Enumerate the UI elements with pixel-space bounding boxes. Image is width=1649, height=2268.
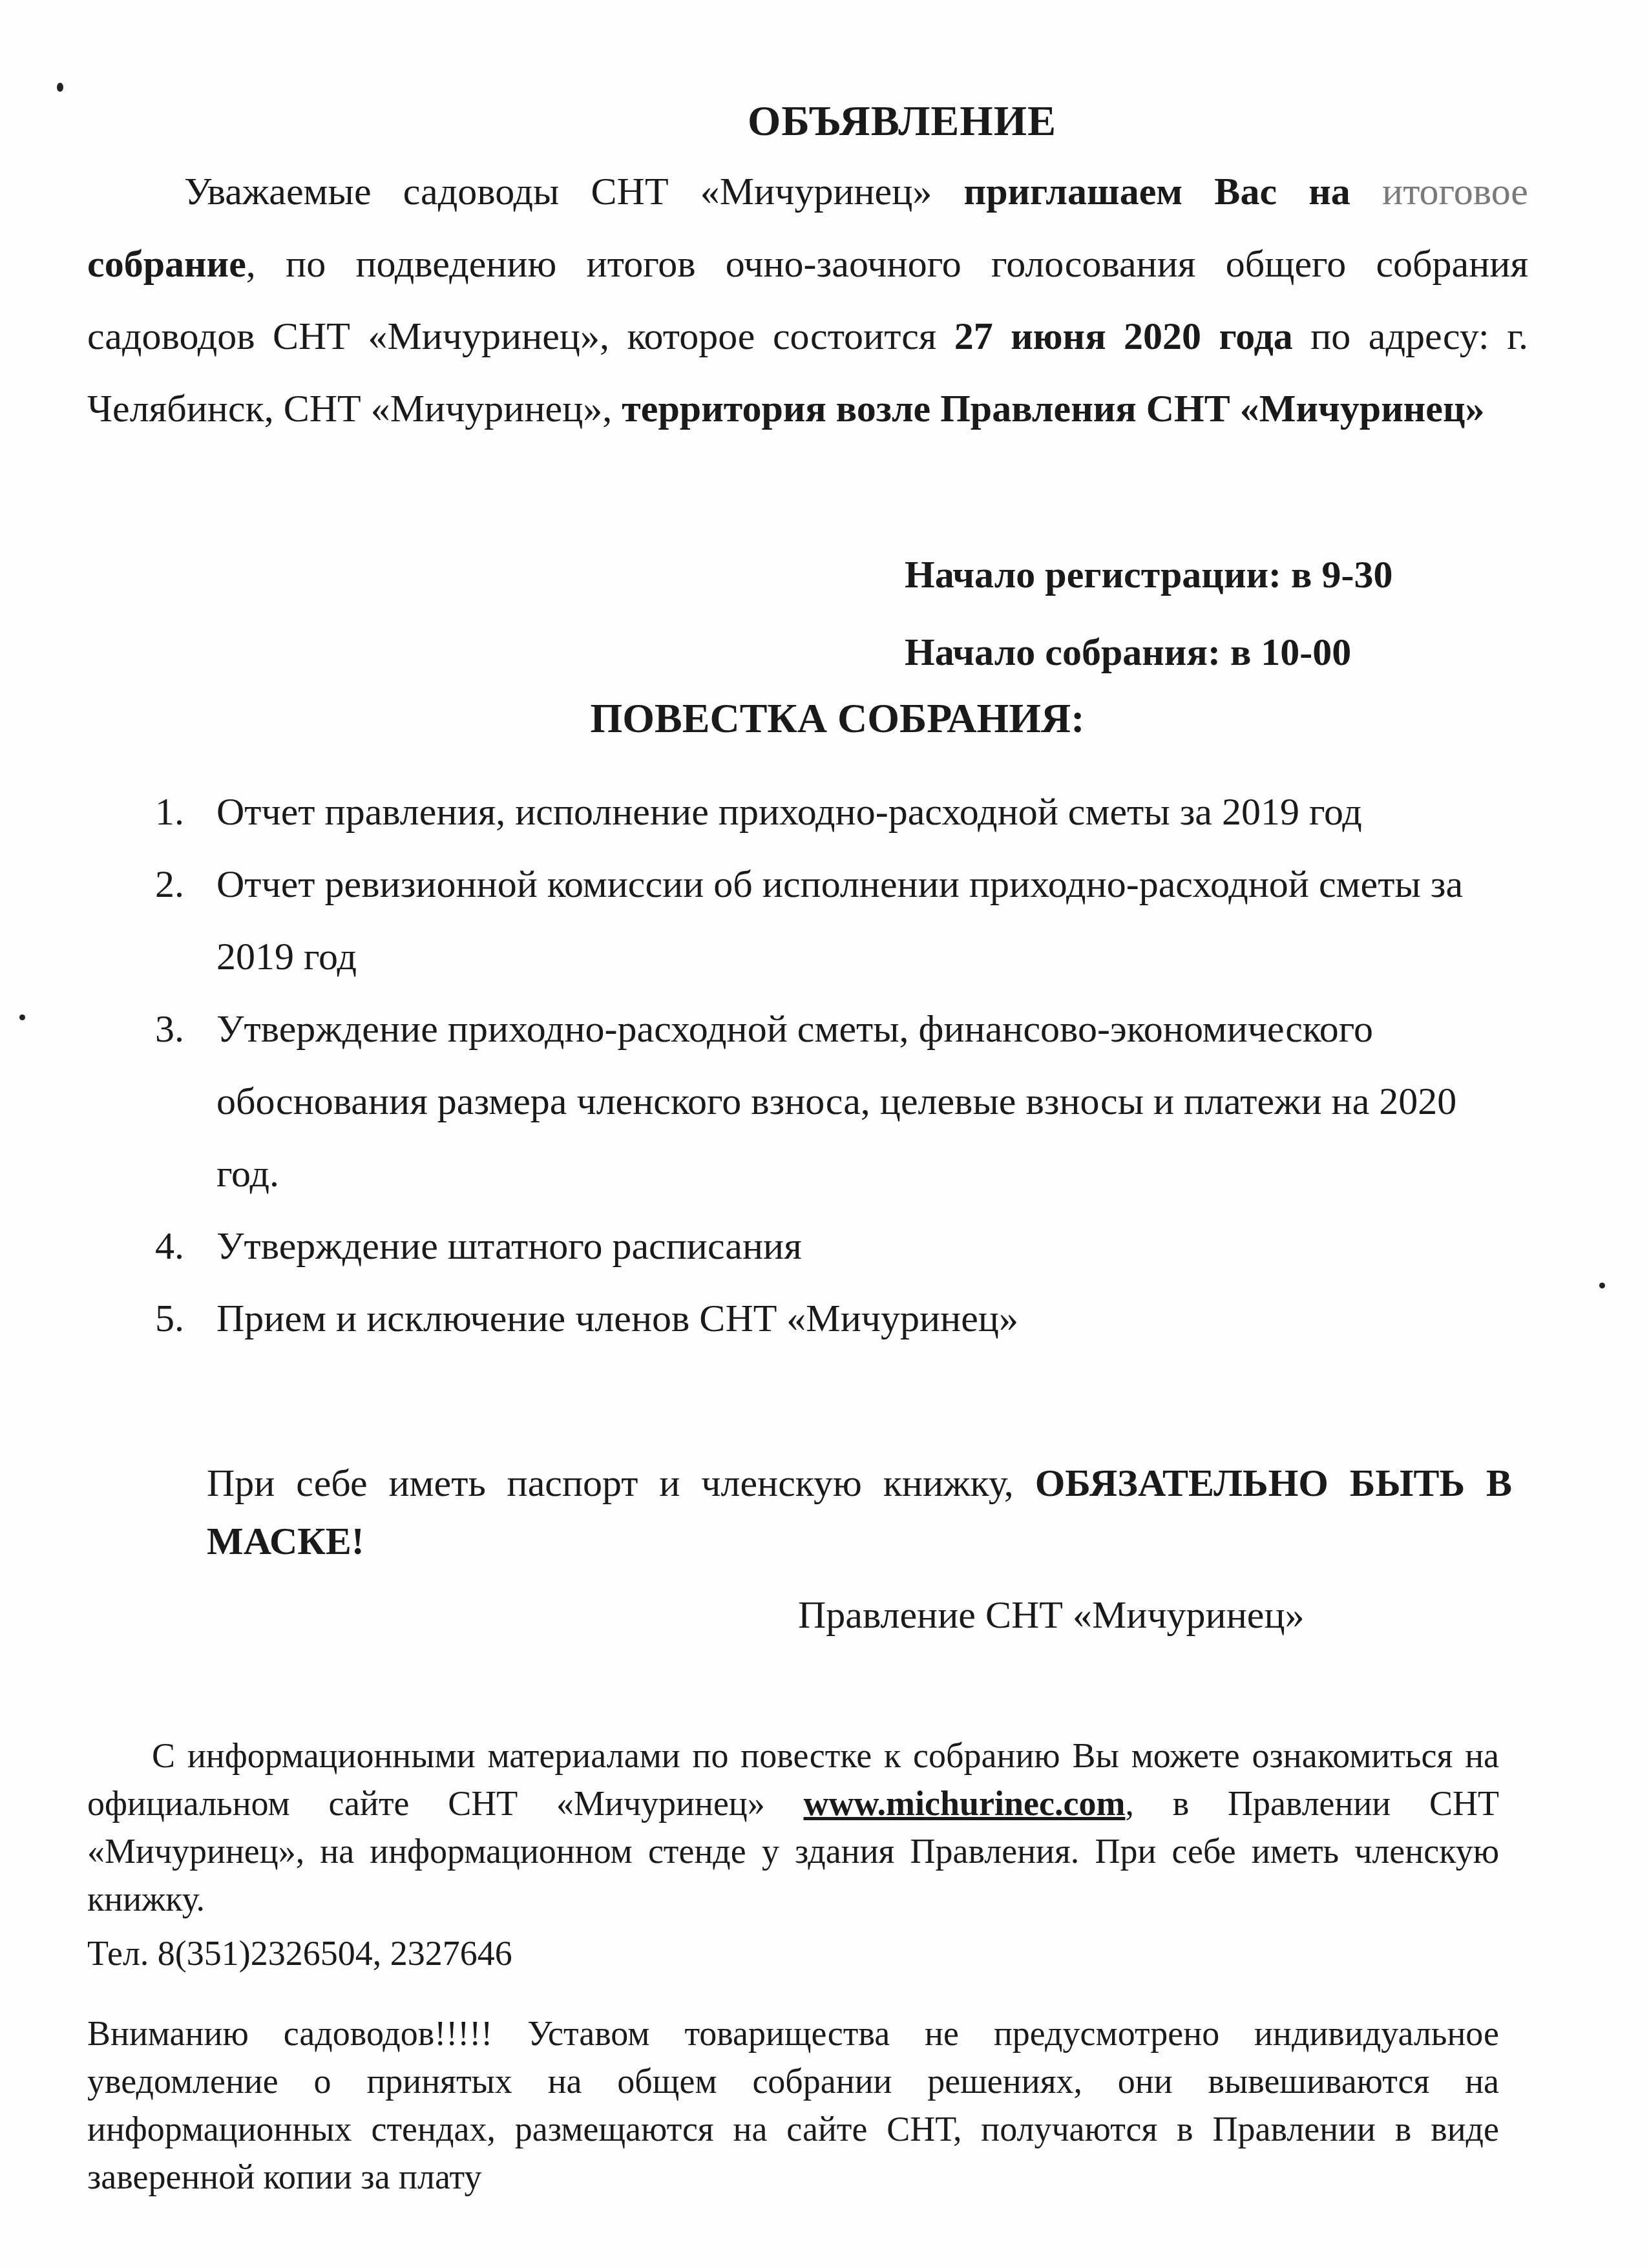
agenda-text: Утверждение приходно-расходной сметы, фи… bbox=[216, 1007, 1456, 1195]
intro-paragraph: Уважаемые садоводы СНТ «Мичуринец» пригл… bbox=[87, 155, 1528, 445]
info-paragraph: С информационными материалами по повестк… bbox=[87, 1732, 1499, 1923]
agenda-text: Утверждение штатного расписания bbox=[216, 1224, 802, 1267]
agenda-number: 4. bbox=[155, 1210, 184, 1282]
website-link[interactable]: www.michurinec.com bbox=[804, 1784, 1126, 1823]
agenda-number: 2. bbox=[155, 848, 184, 920]
agenda-text: Прием и исключение членов СНТ «Мичуринец… bbox=[216, 1297, 1018, 1339]
requirements-text: При себе иметь паспорт и членскую книжку… bbox=[207, 1462, 1035, 1504]
phone-numbers: Тел. 8(351)2326504, 2327646 bbox=[87, 1933, 512, 1973]
agenda-number: 1. bbox=[155, 775, 184, 848]
meeting-location: территория возле Правления СНТ «Мичурине… bbox=[622, 387, 1484, 430]
signature: Правление СНТ «Мичуринец» bbox=[798, 1593, 1305, 1637]
agenda-text: Отчет ревизионной комиссии об исполнении… bbox=[216, 863, 1463, 978]
agenda-item: 4.Утверждение штатного расписания bbox=[155, 1210, 1525, 1282]
agenda-item: 3.Утверждение приходно-расходной сметы, … bbox=[155, 992, 1525, 1210]
scan-speck bbox=[1599, 1283, 1605, 1288]
scan-speck bbox=[57, 83, 63, 92]
intro-text: итоговое bbox=[1350, 170, 1528, 213]
intro-meeting: собрание bbox=[87, 242, 246, 285]
agenda-item: 5.Прием и исключение членов СНТ «Мичурин… bbox=[155, 1282, 1525, 1354]
notice-paragraph: Вниманию садоводов!!!!! Уставом товарище… bbox=[87, 2010, 1499, 2201]
agenda-text: Отчет правления, исполнение приходно-рас… bbox=[216, 790, 1362, 833]
intro-text: Уважаемые садоводы СНТ «Мичуринец» bbox=[184, 170, 964, 213]
scan-speck bbox=[19, 1014, 25, 1020]
registration-value: в 9-30 bbox=[1281, 553, 1392, 596]
meeting-start-value: в 10-00 bbox=[1221, 631, 1351, 673]
agenda-number: 3. bbox=[155, 992, 184, 1065]
meeting-start-time: Начало собрания: в 10-00 bbox=[905, 630, 1351, 675]
document-title: ОБЪЯВЛЕНИЕ bbox=[0, 97, 1649, 146]
agenda-list: 1.Отчет правления, исполнение приходно-р… bbox=[155, 775, 1525, 1354]
agenda-title: ПОВЕСТКА СОБРАНИЯ: bbox=[0, 695, 1649, 742]
agenda-item: 2.Отчет ревизионной комиссии об исполнен… bbox=[155, 848, 1525, 992]
agenda-item: 1.Отчет правления, исполнение приходно-р… bbox=[155, 775, 1525, 848]
registration-label: Начало регистрации: bbox=[905, 553, 1281, 596]
meeting-date: 27 июня 2020 года bbox=[954, 315, 1293, 357]
agenda-number: 5. bbox=[155, 1282, 184, 1354]
intro-invite: приглашаем Вас на bbox=[964, 170, 1350, 213]
meeting-start-label: Начало собрания: bbox=[905, 631, 1221, 673]
requirements-paragraph: При себе иметь паспорт и членскую книжку… bbox=[207, 1454, 1512, 1570]
scanned-page: ОБЪЯВЛЕНИЕ Уважаемые садоводы СНТ «Мичур… bbox=[0, 0, 1649, 2268]
registration-time: Начало регистрации: в 9-30 bbox=[905, 552, 1392, 597]
